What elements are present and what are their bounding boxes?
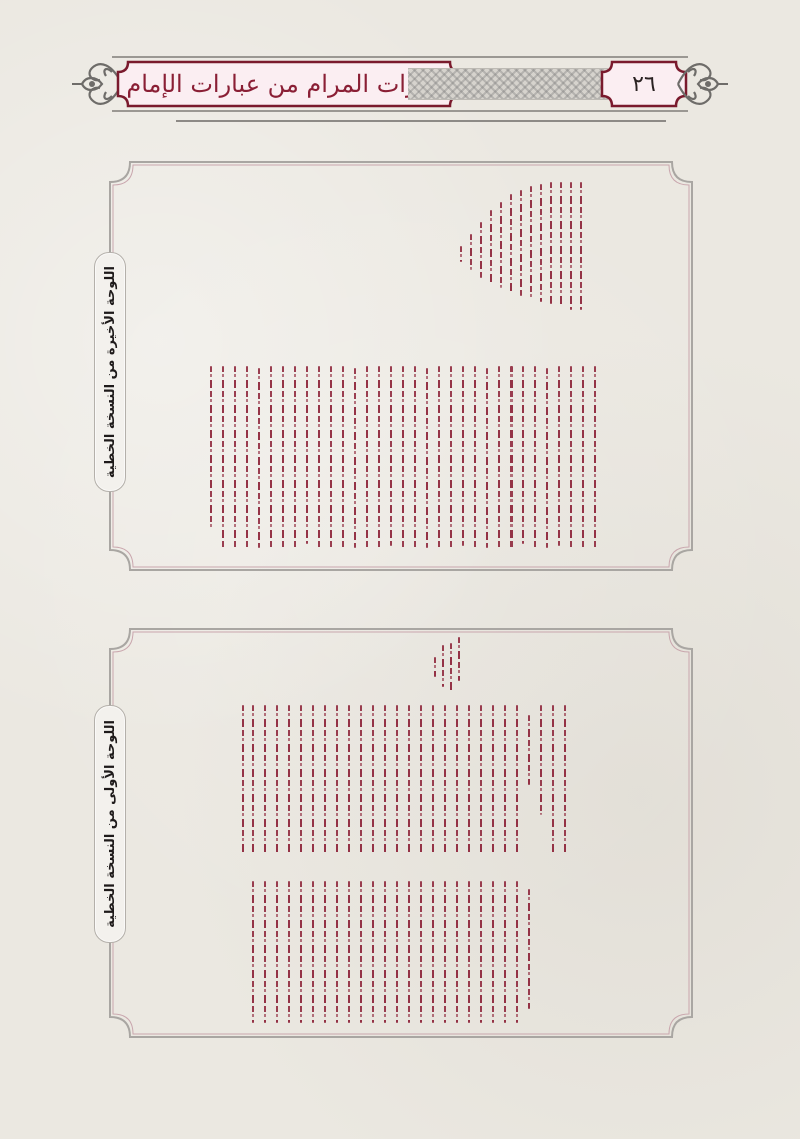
manuscript-text-block [200,366,600,548]
manuscript-text-block [438,182,588,310]
header-bottom-line [112,110,688,112]
page-header: إشارات المرام من عبارات الإمام ٢٦ [72,52,728,116]
header-top-line [112,56,688,58]
manuscript-marginal-note [424,637,464,691]
caption-pill: اللوحة الأولى من النسخة الخطية [94,705,126,943]
manuscript-text-block [240,705,570,855]
manuscript-panel-last-page: اللوحة الأخيرة من النسخة الخطية [108,160,694,572]
arabesque-ornament-icon [674,54,728,114]
decorative-pattern-band [408,68,608,100]
manuscript-text-block [242,881,534,1023]
header-rule-divider [176,120,666,122]
manuscript-panel-first-page: اللوحة الأولى من النسخة الخطية [108,627,694,1039]
panel-caption: اللوحة الأخيرة من النسخة الخطية [103,266,118,478]
caption-pill: اللوحة الأخيرة من النسخة الخطية [94,252,126,492]
panel-caption: اللوحة الأولى من النسخة الخطية [103,720,118,928]
